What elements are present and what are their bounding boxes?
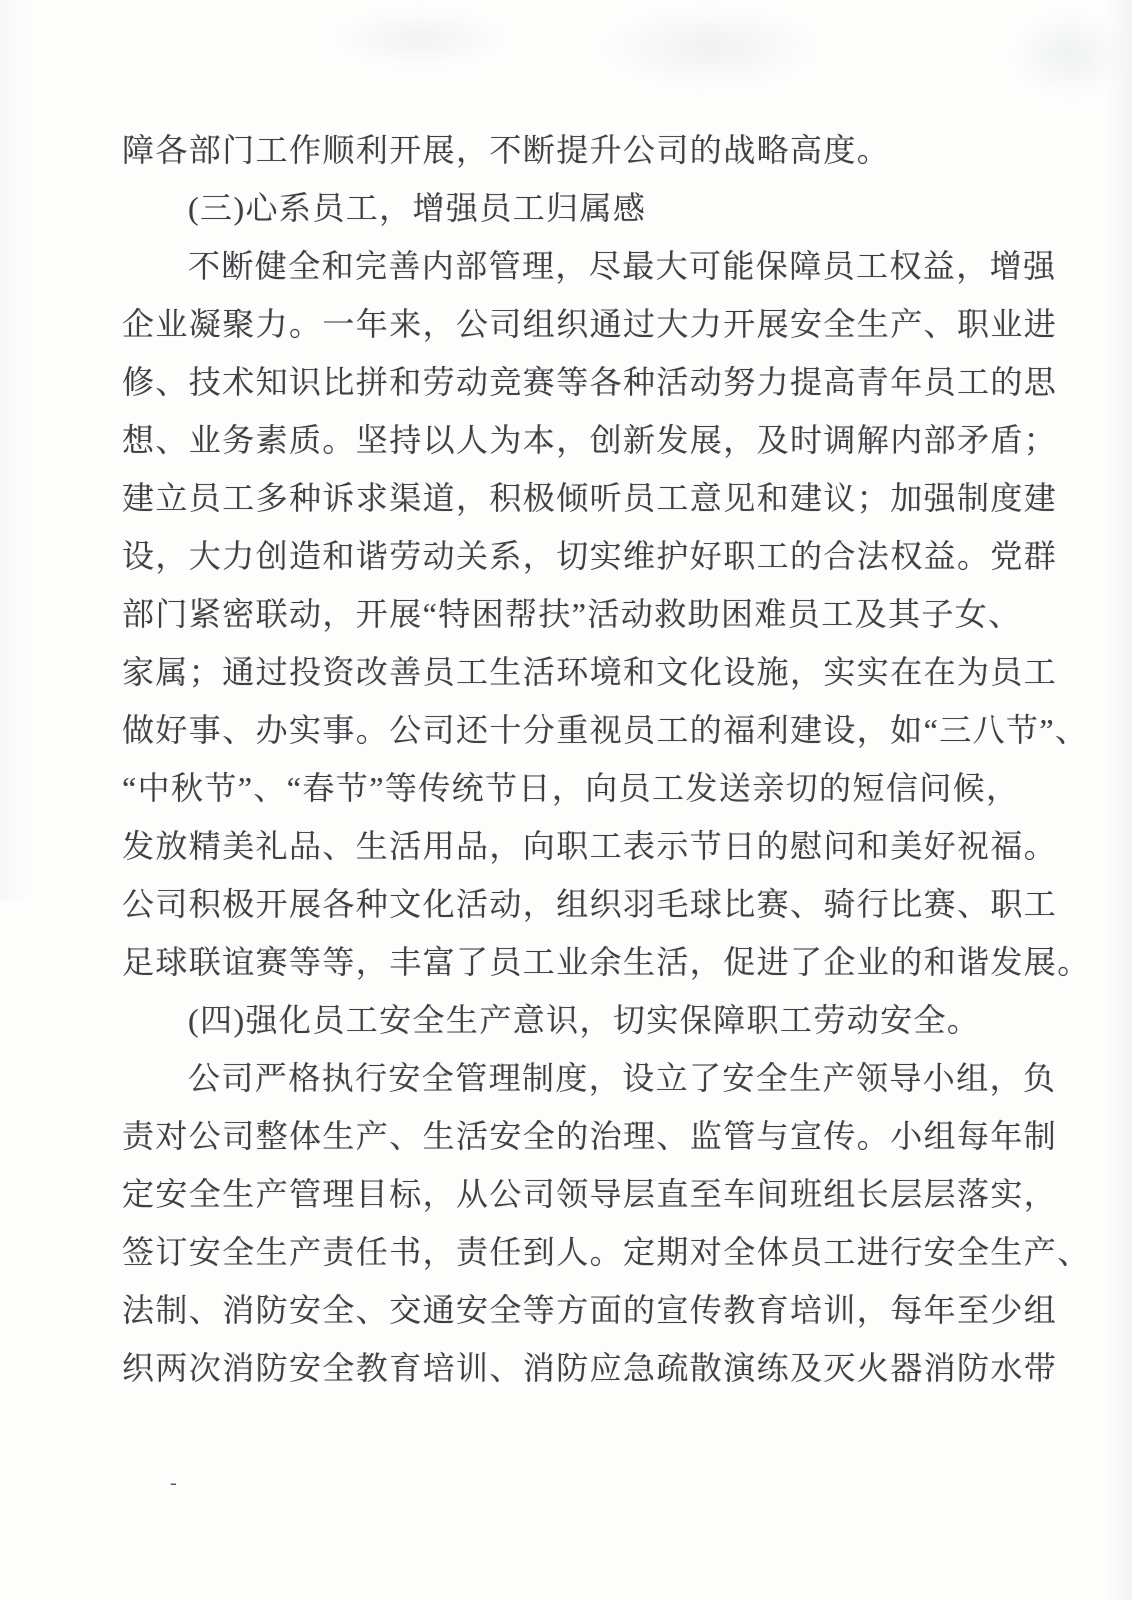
text-line: (三)心系员工，增强员工归属感: [122, 179, 1034, 237]
text-line: 做好事、办实事。公司还十分重视员工的福利建设，如“三八节”、: [122, 701, 1034, 759]
scan-smudge-left-edge: [0, 0, 30, 900]
text-line: 签订安全生产责任书，责任到人。定期对全体员工进行安全生产、: [122, 1223, 1034, 1281]
text-line: 修、技术知识比拼和劳动竞赛等各种活动努力提高青年员工的思: [122, 353, 1034, 411]
text-line: 不断健全和完善内部管理，尽最大可能保障员工权益，增强: [122, 237, 1034, 295]
document-lines: 障各部门工作顺利开展，不断提升公司的战略高度。(三)心系员工，增强员工归属感不断…: [122, 121, 1034, 1397]
text-line: 部门紧密联动，开展“特困帮扶”活动救助困难员工及其子女、: [122, 585, 1034, 643]
text-line: 定安全生产管理目标，从公司领导层直至车间班组长层层落实，: [122, 1165, 1034, 1223]
scanned-document-page: { "page": { "background": "#fdfdfc", "te…: [0, 0, 1132, 1600]
text-line: 公司严格执行安全管理制度，设立了安全生产领导小组，负: [122, 1049, 1034, 1107]
text-line: 织两次消防安全教育培训、消防应急疏散演练及灭火器消防水带: [122, 1339, 1034, 1397]
text-line: 公司积极开展各种文化活动，组织羽毛球比赛、骑行比赛、职工: [122, 875, 1034, 933]
text-line: 家属；通过投资改善员工生活环境和文化设施，实实在在为员工: [122, 643, 1034, 701]
scan-smudge-top-left: [330, 8, 510, 68]
text-line: 设，大力创造和谐劳动关系，切实维护好职工的合法权益。党群: [122, 527, 1034, 585]
stray-pen-mark: -: [170, 1472, 177, 1495]
text-line: “中秋节”、“春节”等传统节日，向员工发送亲切的短信问候，: [122, 759, 1034, 817]
text-line: 想、业务素质。坚持以人为本，创新发展，及时调解内部矛盾；: [122, 411, 1034, 469]
scan-smudge-right-edge: [1106, 0, 1132, 1600]
scan-smudge-top-right: [1010, 10, 1130, 100]
text-line: 建立员工多种诉求渠道，积极倾听员工意见和建议；加强制度建: [122, 469, 1034, 527]
text-line: 足球联谊赛等等，丰富了员工业余生活，促进了企业的和谐发展。: [122, 933, 1034, 991]
scan-smudge-top-center: [600, 5, 820, 90]
text-line: 障各部门工作顺利开展，不断提升公司的战略高度。: [122, 121, 1034, 179]
text-line: 发放精美礼品、生活用品，向职工表示节日的慰问和美好祝福。: [122, 817, 1034, 875]
text-line: 法制、消防安全、交通安全等方面的宣传教育培训，每年至少组: [122, 1281, 1034, 1339]
text-line: 责对公司整体生产、生活安全的治理、监管与宣传。小组每年制: [122, 1107, 1034, 1165]
text-line: 企业凝聚力。一年来，公司组织通过大力开展安全生产、职业进: [122, 295, 1034, 353]
text-line: (四)强化员工安全生产意识，切实保障职工劳动安全。: [122, 991, 1034, 1049]
